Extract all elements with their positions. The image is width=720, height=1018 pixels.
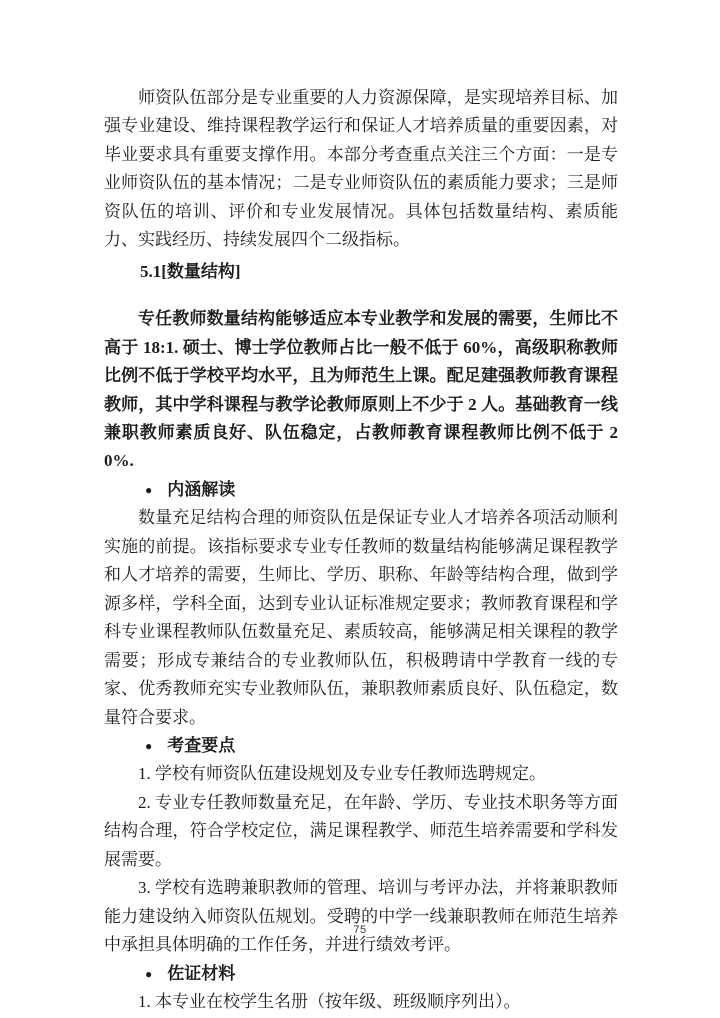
standard-statement: 专任教师数量结构能够适应本专业教学和发展的需要，生师比不高于 18:1. 硕士、… [104,305,618,476]
bullet-icon: ● [145,476,152,504]
key-point-item-3: 3. 学校有选聘兼职教师的管理、培训与考评办法，并将兼职教师能力建设纳入师资队伍… [104,874,618,959]
key-point-item-1: 1. 学校有师资队伍建设规划及专业专任教师选聘规定。 [104,760,618,788]
bullet-icon: ● [145,960,152,988]
document-page: 师资队伍部分是专业重要的人力资源保障，是实现培养目标、加强专业建设、维持课程教学… [0,0,720,1018]
intro-paragraph: 师资队伍部分是专业重要的人力资源保障，是实现培养目标、加强专业建设、维持课程教学… [104,84,618,255]
key-point-item-2: 2. 专业专任教师数量充足，在年龄、学历、专业技术职务等方面结构合理，符合学校定… [104,789,618,874]
subsection-label-supporting-materials: 佐证材料 [167,964,235,983]
section-heading: 5.1[数量结构] [104,258,618,286]
subsection-header-connotation: ●内涵解读 [104,476,618,504]
page-content: 师资队伍部分是专业重要的人力资源保障，是实现培养目标、加强专业建设、维持课程教学… [104,84,618,1017]
supporting-material-item-1: 1. 本专业在校学生名册（按年级、班级顺序列出）。 [104,988,618,1016]
page-number: 75 [0,924,720,936]
subsection-label-connotation: 内涵解读 [167,480,235,499]
subsection-header-supporting-materials: ●佐证材料 [104,960,618,988]
subsection-header-key-points: ●考查要点 [104,732,618,760]
bullet-icon: ● [145,732,152,760]
subsection-label-key-points: 考查要点 [167,736,235,755]
connotation-paragraph: 数量充足结构合理的师资队伍是保证专业人才培养各项活动顺利实施的前提。该指标要求专… [104,504,618,732]
